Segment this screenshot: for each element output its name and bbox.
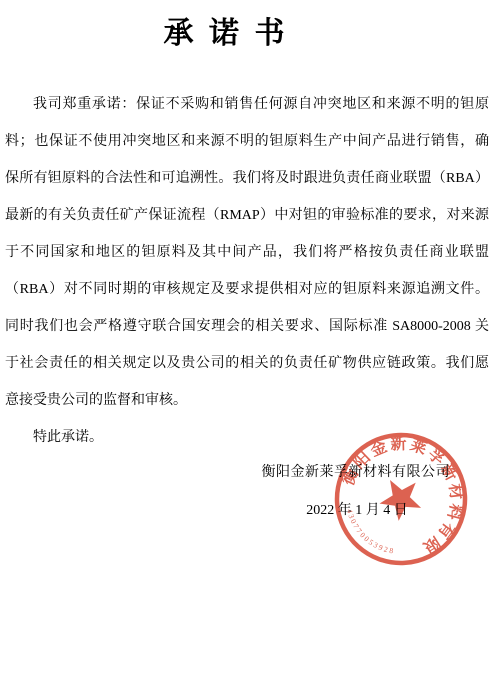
signature-date: 2022 年 1 月 4 日 bbox=[264, 499, 450, 519]
body-line: 于不同国家和地区的钽原料及其中间产品，我们将严格按负责任商业联盟 bbox=[5, 234, 489, 271]
body-line: 最新的有关负责任矿产保证流程（RMAP）中对钽的审验标准的要求，对来源 bbox=[5, 197, 489, 234]
page-title: 承 诺 书 bbox=[0, 8, 452, 52]
document-page: 承 诺 书 我司郑重承诺：保证不采购和销售任何源自冲突地区和来源不明的钽原 料；… bbox=[0, 0, 498, 690]
body-line: 同时我们也会严格遵守联合国安理会的相关要求、国际标准 SA8000-2008 关 bbox=[5, 308, 489, 345]
signature-company: 衡阳金新莱孚新材料有限公司 bbox=[262, 461, 451, 481]
body-paragraph: 我司郑重承诺：保证不采购和销售任何源自冲突地区和来源不明的钽原 料；也保证不使用… bbox=[5, 86, 489, 456]
body-line: 保所有钽原料的合法性和可追溯性。我们将及时跟进负责任商业联盟（RBA） bbox=[5, 160, 489, 197]
body-line: 于社会责任的相关规定以及贵公司的相关的负责任矿物供应链政策。我们愿 bbox=[5, 345, 489, 382]
body-line: 意接受贵公司的监督和审核。 bbox=[5, 382, 489, 419]
body-line: （RBA）对不同时期的审核规定及要求提供相对应的钽原料来源追溯文件。 bbox=[5, 271, 489, 308]
body-line: 料；也保证不使用冲突地区和来源不明的钽原料生产中间产品进行销售，确 bbox=[5, 123, 489, 160]
body-line: 我司郑重承诺：保证不采购和销售任何源自冲突地区和来源不明的钽原 bbox=[5, 86, 489, 123]
